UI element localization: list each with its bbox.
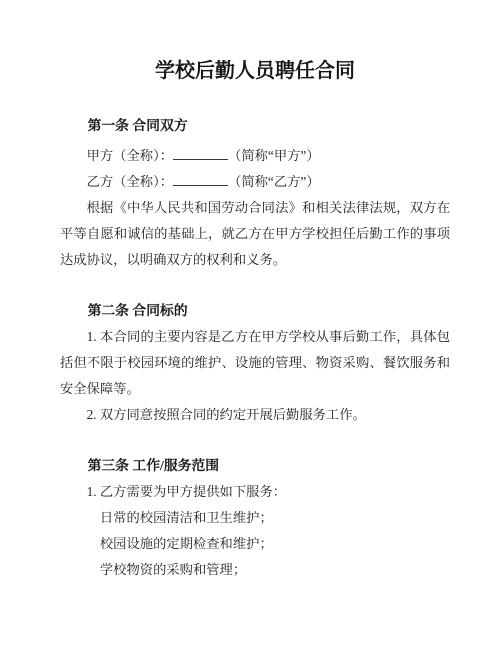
service-item-facilities: 校园设施的定期检查和维护； xyxy=(60,531,450,557)
section-work-scope: 第三条 工作/服务范围 1. 乙方需要为甲方提供如下服务： 日常的校园清洁和卫生… xyxy=(60,453,450,583)
document-title: 学校后勤人员聘任合同 xyxy=(60,56,450,86)
clause-item-1: 1. 本合同的主要内容是乙方在甲方学校从事后勤工作，具体包括但不限于校园环境的维… xyxy=(60,324,450,402)
party-b-blank-line xyxy=(173,172,228,186)
service-list: 日常的校园清洁和卫生维护； 校园设施的定期检查和维护； 学校物资的采购和管理； xyxy=(60,505,450,583)
section-contract-subject: 第二条 合同标的 1. 本合同的主要内容是乙方在甲方学校从事后勤工作，具体包括但… xyxy=(60,298,450,428)
section-heading-subject: 第二条 合同标的 xyxy=(60,298,450,324)
party-a-blank-line xyxy=(173,146,228,160)
service-list-intro: 1. 乙方需要为甲方提供如下服务： xyxy=(60,479,450,505)
section-heading-work-scope: 第三条 工作/服务范围 xyxy=(60,453,450,479)
party-b-short-name: （简称“乙方”） xyxy=(228,174,320,189)
contract-page: 学校后勤人员聘任合同 第一条 合同双方 甲方（全称）：（简称“甲方”） 乙方（全… xyxy=(0,0,500,647)
party-a-label: 甲方（全称）： xyxy=(87,148,173,163)
party-b-line: 乙方（全称）：（简称“乙方”） xyxy=(60,169,450,195)
section-contract-parties: 第一条 合同双方 甲方（全称）：（简称“甲方”） 乙方（全称）：（简称“乙方”）… xyxy=(60,113,450,273)
service-item-procurement: 学校物资的采购和管理； xyxy=(60,557,450,583)
service-item-cleaning: 日常的校园清洁和卫生维护； xyxy=(60,505,450,531)
section-heading-parties: 第一条 合同双方 xyxy=(60,113,450,139)
clause-item-2: 2. 双方同意按照合同的约定开展后勤服务工作。 xyxy=(60,402,450,428)
party-a-line: 甲方（全称）：（简称“甲方”） xyxy=(60,143,450,169)
party-a-short-name: （简称“甲方”） xyxy=(228,148,320,163)
party-b-label: 乙方（全称）： xyxy=(87,174,173,189)
preamble-paragraph: 根据《中华人民共和国劳动合同法》和相关法律法规，双方在平等自愿和诚信的基础上，就… xyxy=(60,195,450,273)
